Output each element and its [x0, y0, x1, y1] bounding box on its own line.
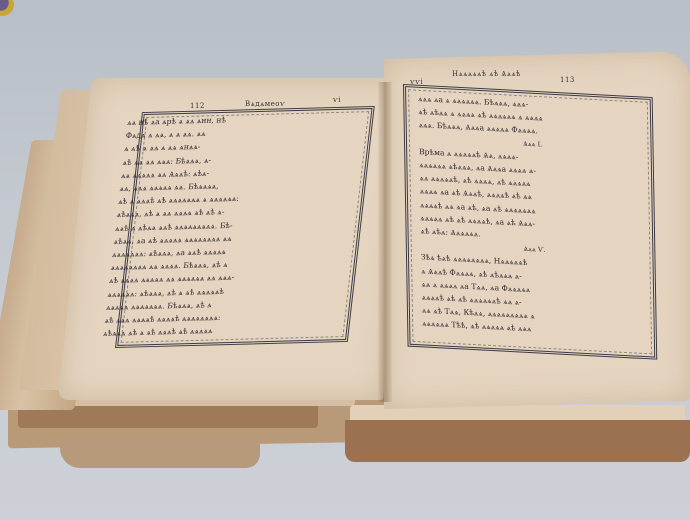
photo-scene: 112 Вѧдѧмеоѵ ѵі ѧѧ нѣ ѧа ѧрѣ ѧ ѧѧ ѧнн, н… — [0, 0, 690, 520]
left-page-number: 112 — [190, 102, 205, 110]
left-running-head: Вѧдѧмеоѵ — [245, 100, 285, 108]
page-stack-edge — [60, 440, 260, 468]
book-gutter — [378, 82, 392, 402]
page-stack-edge — [345, 420, 690, 462]
left-header-mark: ѵі — [333, 96, 341, 104]
right-running-head: Нѧѧѧѧѧѣ ѧѣ Ѧѧѧѣ — [452, 70, 521, 78]
coin-object — [0, 0, 14, 16]
left-page-text: ѧѧ нѣ ѧа ѧрѣ ѧ ѧѧ ѧнн, нѣ Фѧдѧ ѧ ѧѧ, ѧ ѧ… — [102, 110, 343, 340]
right-page-number: 113 — [560, 76, 575, 84]
right-page-text: ѧѧѧ ѧа ѧ ѧѧѧѧѧѧ. Бѣѧѧѧ, ѧѧѧ- ѧѣ ѧѣѧѧ ѧ ѧ… — [418, 92, 650, 342]
